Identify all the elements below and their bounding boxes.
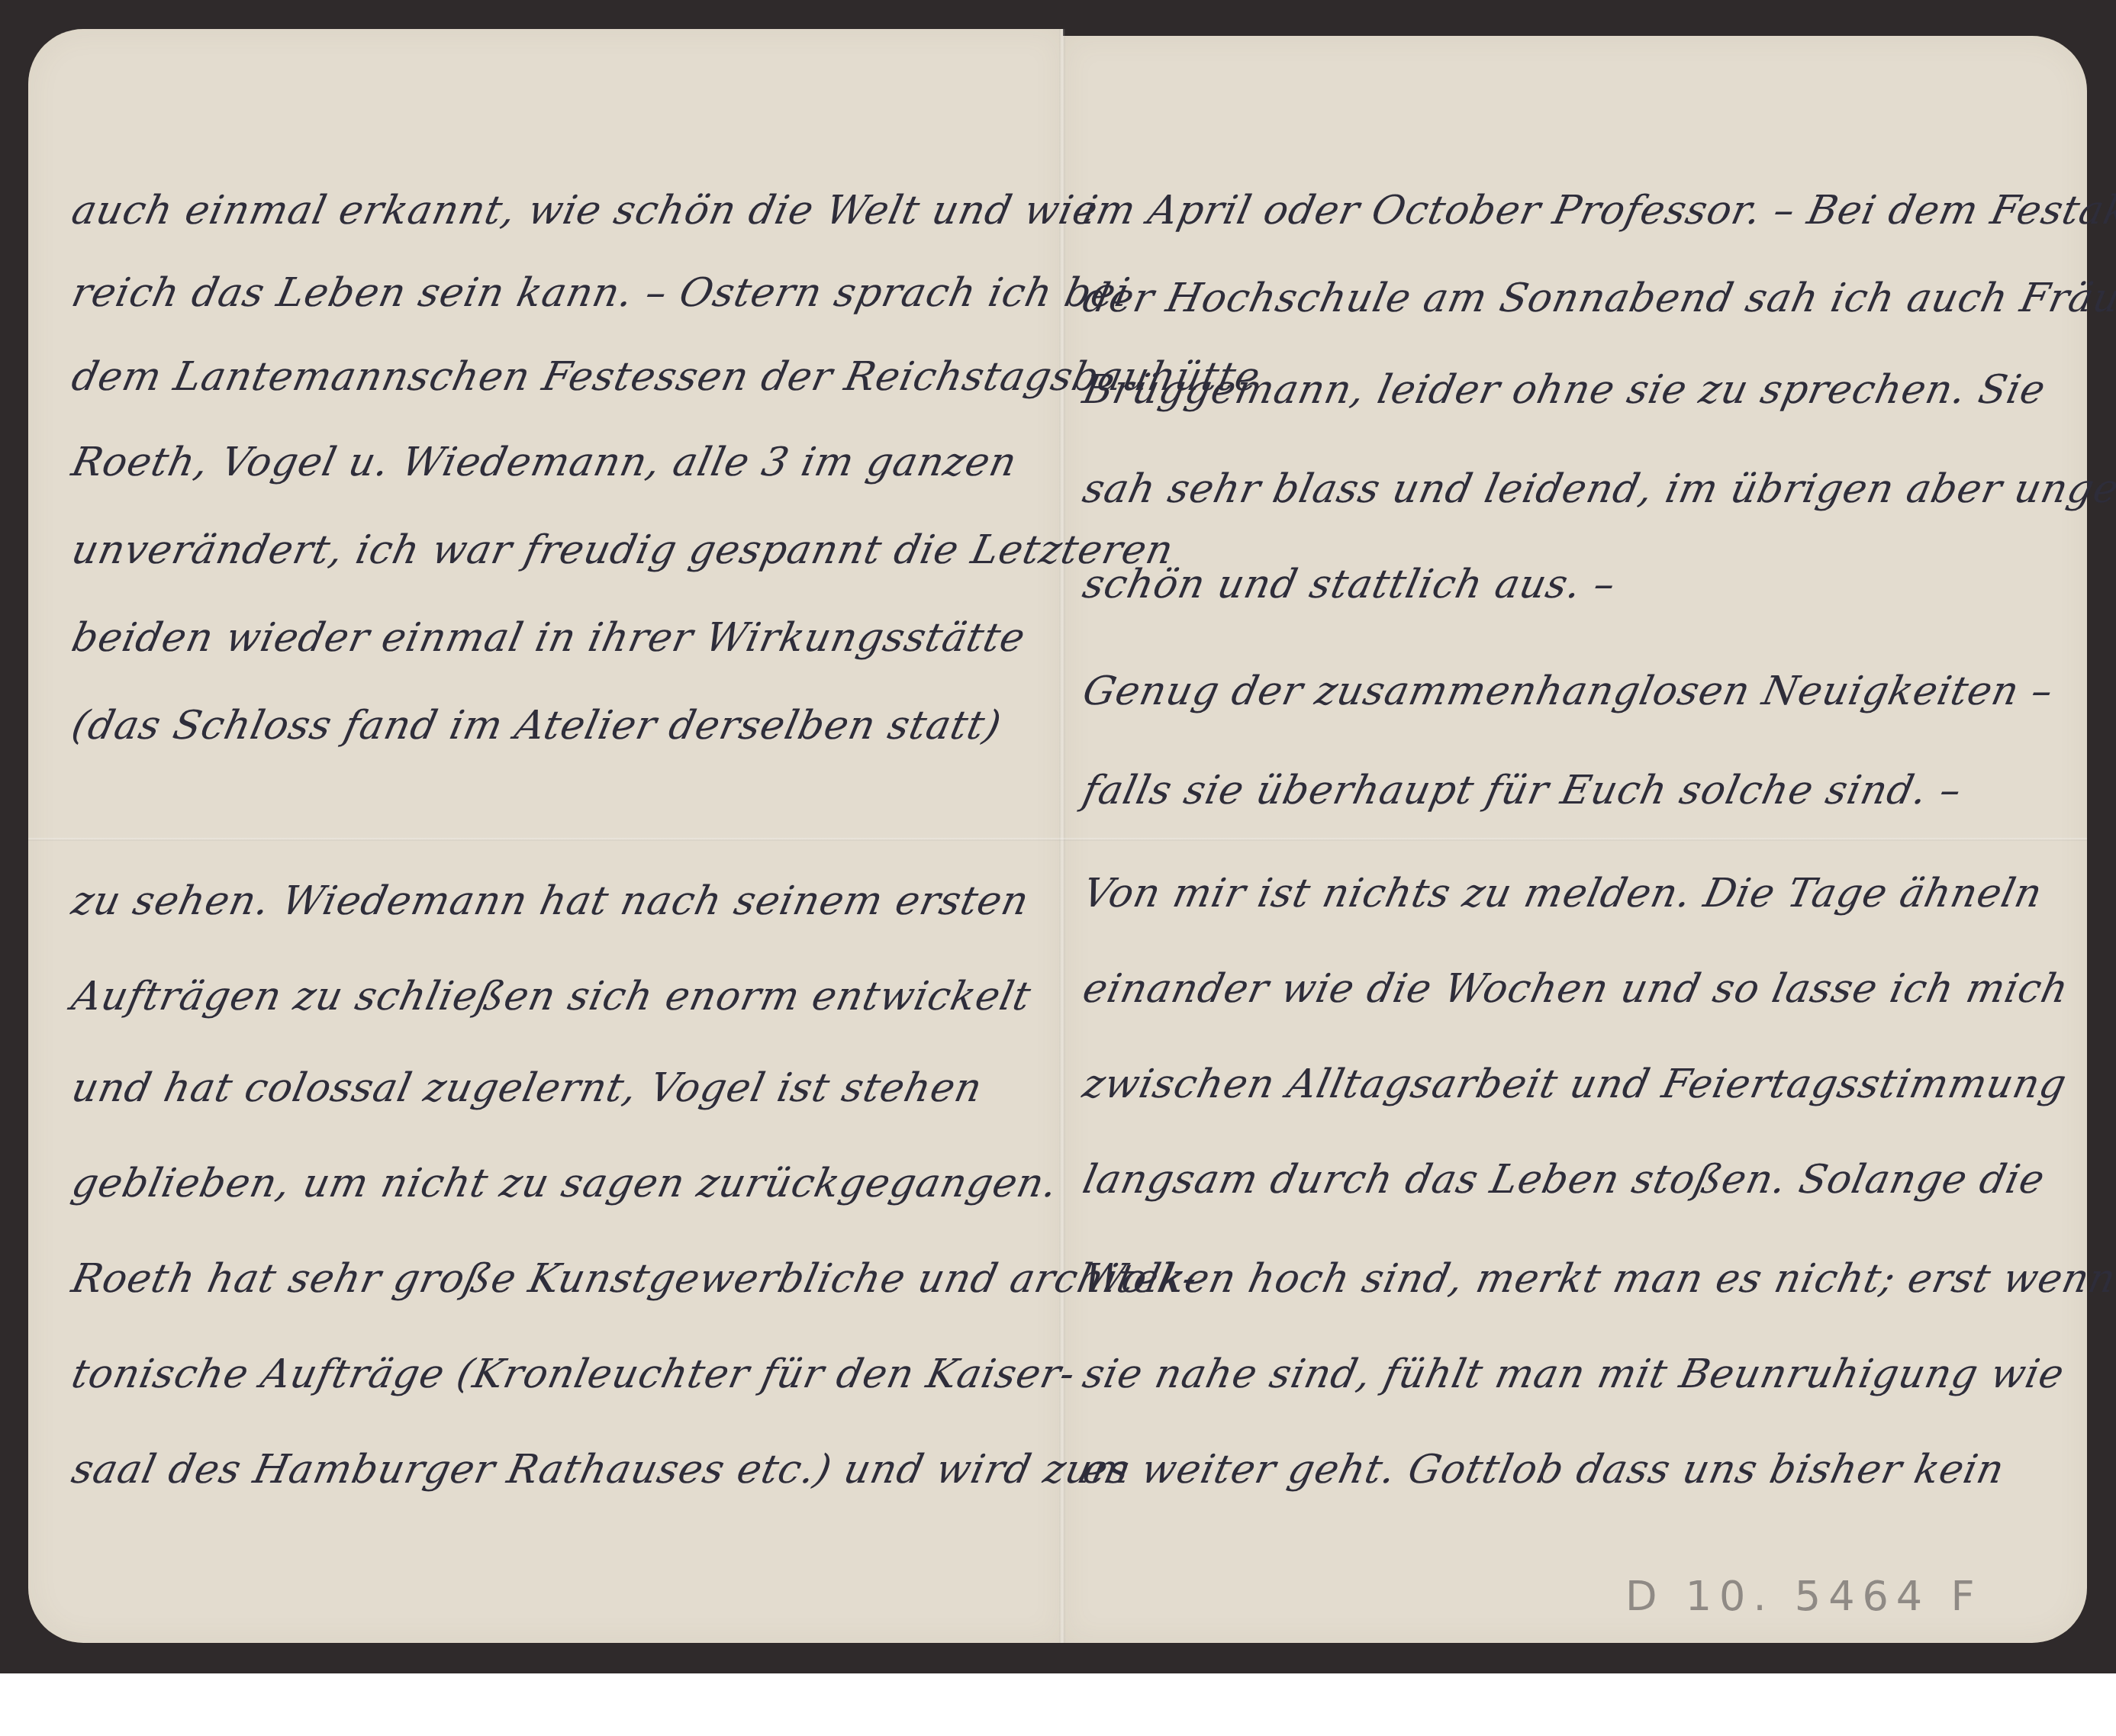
handwritten-line: Brüggemann, leider ohne sie zu sprechen.… [1079, 370, 2049, 410]
handwritten-line: es weiter geht. Gottlob dass uns bisher … [1079, 1450, 2008, 1490]
handwritten-line: auch einmal erkannt, wie schön die Welt … [68, 191, 1101, 230]
handwritten-line: sie nahe sind, fühlt man mit Beunruhigun… [1079, 1354, 2068, 1394]
handwritten-line: schön und stattlich aus. – [1079, 565, 1619, 604]
handwritten-line: (das Schloss fand im Atelier derselben s… [68, 706, 1004, 746]
handwritten-line: sah sehr blass und leidend, im übrigen a… [1079, 469, 2116, 509]
handwritten-line: reich das Leben sein kann. – Ostern spra… [68, 273, 1133, 313]
handwritten-line: Roeth, Vogel u. Wiedemann, alle 3 im gan… [68, 443, 1020, 482]
handwritten-line: geblieben, um nicht zu sagen zurückgegan… [68, 1164, 1061, 1203]
handwritten-line: der Hochschule am Sonnabend sah ich auch… [1079, 279, 2116, 318]
handwritten-line: Von mir ist nichts zu melden. Die Tage ä… [1079, 874, 2046, 913]
handwritten-line: tonische Aufträge (Kronleuchter für den … [68, 1354, 1079, 1394]
handwritten-line: im April oder October Professor. – Bei d… [1079, 191, 2116, 230]
handwritten-line: beiden wieder einmal in ihrer Wirkungsst… [68, 618, 1029, 658]
handwritten-line: Genug der zusammenhanglosen Neuigkeiten … [1079, 672, 2056, 711]
handwritten-line: zu sehen. Wiedemann hat nach seinem erst… [68, 881, 1032, 921]
handwritten-line: einander wie die Wochen und so lasse ich… [1079, 969, 2072, 1009]
handwritten-line: zwischen Alltagsarbeit und Feiertagsstim… [1079, 1064, 2069, 1104]
handwritten-line: saal des Hamburger Rathauses etc.) und w… [68, 1450, 1135, 1490]
handwritten-line: langsam durch das Leben stoßen. Solange … [1079, 1160, 2048, 1200]
handwritten-line: falls sie überhaupt für Euch solche sind… [1079, 771, 1965, 810]
handwritten-line: Wolken hoch sind, merkt man es nicht; er… [1079, 1259, 2116, 1299]
handwritten-line: Aufträgen zu schließen sich enorm entwic… [68, 977, 1034, 1016]
handwritten-line: Roeth hat sehr große Kunstgewerbliche un… [68, 1259, 1201, 1299]
archive-signature-mark: D 10. 5464 F [1625, 1572, 1982, 1620]
horizontal-fold [28, 838, 2087, 841]
handwritten-line: unverändert, ich war freudig gespannt di… [68, 530, 1177, 570]
handwritten-line: und hat colossal zugelernt, Vogel ist st… [68, 1068, 985, 1108]
